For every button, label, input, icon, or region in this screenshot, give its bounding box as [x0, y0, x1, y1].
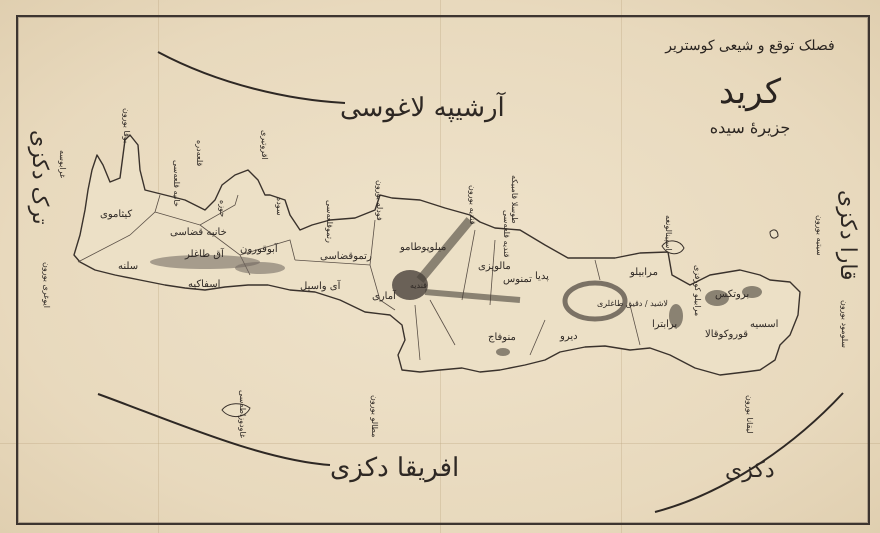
- district-label: پدیا: [535, 272, 549, 282]
- district-label: یرابترا: [652, 320, 677, 330]
- coastal-label: سیتیه بورون: [815, 215, 823, 256]
- mountain-label: لاشید / دقیق طاغلری: [597, 300, 668, 308]
- district-label: منوفاج: [488, 333, 516, 343]
- mountain-label: قندیه: [410, 282, 427, 290]
- sea-label-south: افریقا دکزی: [330, 455, 459, 481]
- coastal-label: سلومود بورون: [840, 300, 848, 348]
- sea-label-east-vertical: قارا دکزی: [836, 190, 858, 281]
- district-label: آماری: [372, 292, 396, 302]
- district-label: مالویزی: [478, 262, 511, 272]
- district-label: خانیه قضاسی: [170, 228, 227, 238]
- district-label: آبوقورون: [240, 245, 278, 255]
- coastal-label: اقروتیری: [260, 130, 268, 160]
- coastal-label: ایوغری بورون: [42, 262, 50, 308]
- coastal-label: مرابیلو کورفزی: [693, 265, 701, 316]
- coastal-label: لیقانا بورون: [745, 395, 753, 434]
- map-subtitle: فصلک توقع و شیعی کوستریر: [640, 38, 860, 54]
- coastal-label: خانیه قلعه‌سی: [172, 160, 180, 207]
- district-label: بروتکس: [715, 290, 749, 300]
- district-label: قوروکوقالا: [705, 330, 748, 340]
- district-label: آق طاغلر: [185, 250, 224, 260]
- coastal-label: قندیه قلعه‌سی: [502, 210, 510, 258]
- district-label: کیثاموی: [100, 210, 132, 220]
- map-title: کرید: [640, 72, 860, 112]
- district-label: اسفاکیه: [188, 280, 220, 290]
- district-label: آی واسیل: [300, 282, 340, 292]
- sea-label-east: دکزی: [725, 460, 775, 482]
- coastal-label: حوزه: [218, 200, 226, 217]
- district-label: تمنوس: [503, 275, 532, 285]
- district-label: سلنه: [118, 262, 138, 272]
- coastal-label: طوسلا قامبیکه: [510, 175, 518, 224]
- sea-label-west: ترک دکزی: [28, 130, 50, 225]
- coastal-label: مطالو بورون: [370, 395, 378, 437]
- coastal-label: اسپینالونغه: [664, 215, 672, 251]
- district-label: اسسیه: [750, 320, 778, 330]
- district-label: رتموقضاسی: [320, 252, 372, 262]
- coastal-label: سوده: [275, 197, 283, 216]
- south-sea-arc: [98, 394, 330, 465]
- district-label: دیرو: [560, 332, 578, 342]
- coastal-label: رتموقلعه‌سی: [325, 200, 333, 243]
- sea-label-north: آرشیپه لاغوسی: [340, 95, 505, 121]
- district-label: میلوپوطامو: [400, 243, 446, 253]
- coastal-label: غرابوسه: [58, 150, 66, 178]
- coastal-label: بوقا بورون: [122, 108, 130, 143]
- district-label: مرابیلو: [630, 268, 658, 278]
- north-sea-arc: [158, 52, 345, 103]
- map-title-secondary: جزیرهٔ سیده: [640, 118, 860, 137]
- coastal-label: غاودوزاطه‌سی: [238, 390, 246, 438]
- coastal-label: فودله بورون: [375, 180, 383, 221]
- coastal-label: قلعه‌دره: [195, 140, 203, 166]
- coastal-label: قندیه بورون: [468, 185, 476, 224]
